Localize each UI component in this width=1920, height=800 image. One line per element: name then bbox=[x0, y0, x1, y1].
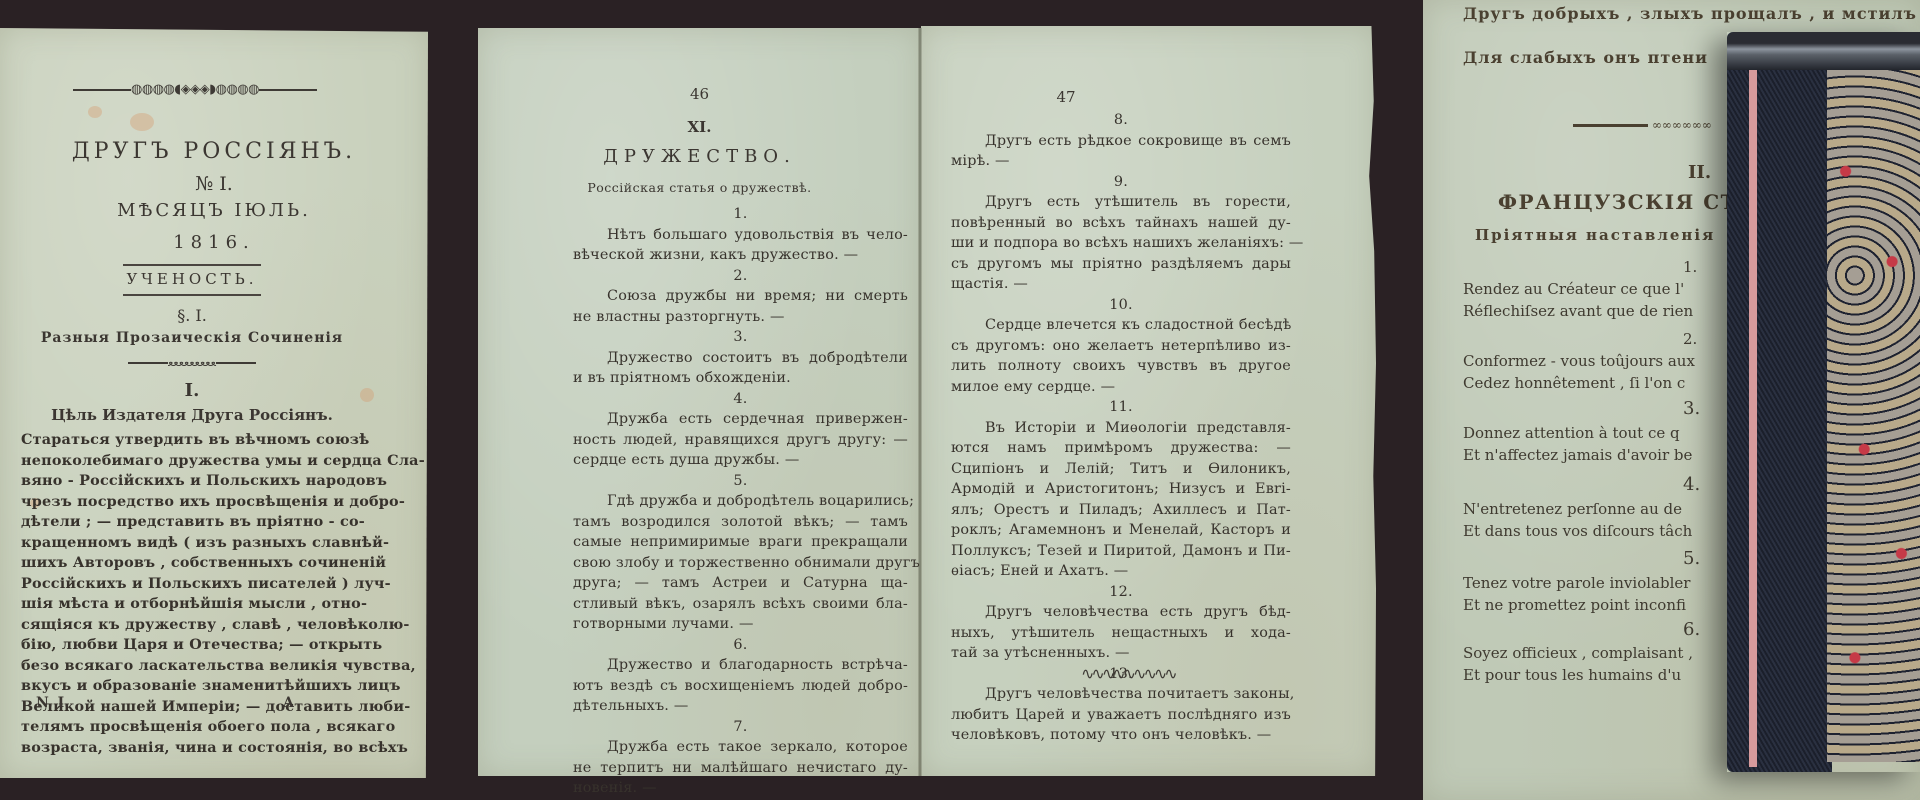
verse-top-line: Для слабыхъ онъ птени bbox=[1463, 48, 1708, 67]
item-line: свою злобу и торжественно обнимали другъ bbox=[573, 553, 908, 574]
verse-number: 3. bbox=[1463, 395, 1763, 423]
book-spine-cloth bbox=[1727, 32, 1832, 772]
page-number: 46 bbox=[478, 85, 921, 103]
verse-line: Cedez honnêtement , ſi l'on c bbox=[1463, 373, 1763, 395]
item-line: ность людей, нравящихся другъ другу: — bbox=[573, 430, 908, 451]
book-spine-gutter bbox=[918, 28, 922, 776]
french-verses: 1. Rendez au Créateur ce que l' Réflechi… bbox=[1463, 255, 1763, 687]
item-line: вѣческой жизни, какъ дружество. — bbox=[573, 245, 908, 266]
body-line: сящіяся къ дружеству , славѣ , человѣкол… bbox=[21, 615, 361, 636]
item-line: милое ему сердце. — bbox=[951, 377, 1291, 398]
body-line: шихъ Авторовъ , собственныхъ сочиненій bbox=[21, 553, 361, 574]
item-line: сердце есть душа дружбы. — bbox=[573, 450, 908, 471]
item-line: Другъ человѣчества почитаетъ законы, bbox=[951, 684, 1291, 705]
chapter-title: ДРУЖЕСТВО. bbox=[478, 146, 921, 167]
book-pink-edge bbox=[1749, 67, 1757, 767]
end-ornament: ∿∿∿∿∿∿∿∿∿ bbox=[1081, 664, 1175, 683]
item-line: и въ пріятномъ обхожденіи. bbox=[573, 368, 908, 389]
body-line: непоколебимаго дружества умы и сердца Сл… bbox=[21, 451, 361, 472]
body-line: Россійскихъ и Польскихъ писателей ) луч- bbox=[21, 574, 361, 595]
item-number: 2. bbox=[573, 266, 908, 287]
section-heading: УЧЕНОСТЬ. bbox=[0, 270, 384, 288]
item-number: 8. bbox=[951, 110, 1291, 131]
item-line: Въ Исторіи и Миѳологіи представля- bbox=[951, 418, 1291, 439]
item-line: съ другомъ: оно желаетъ нетерпѣливо из- bbox=[951, 336, 1291, 357]
item-line: самые непримиримые враги прекращали bbox=[573, 532, 908, 553]
spread-left-page: 46 XI. ДРУЖЕСТВО. Россійская статья о др… bbox=[478, 28, 921, 776]
foxing-spot bbox=[130, 113, 154, 131]
page-number: 47 bbox=[921, 88, 1211, 106]
verse-number: 2. bbox=[1463, 323, 1763, 351]
chapter-number: XI. bbox=[478, 118, 921, 136]
verse-line: Réflechiſsez avant que de rien bbox=[1463, 301, 1763, 323]
item-line: любитъ Царей и уважаетъ послѣдняго изъ bbox=[951, 705, 1291, 726]
item-line: стливый вѣкъ, озарялъ всѣхъ своими бла- bbox=[573, 594, 908, 615]
items-column: 8. Другъ есть рѣдкое сокровище въ семъ м… bbox=[951, 110, 1291, 746]
body-line: возраста, званія, чина и состоянія, во в… bbox=[21, 738, 361, 759]
verse-line: Rendez au Créateur ce que l' bbox=[1463, 279, 1763, 301]
items-column: 1. Нѣтъ большаго удовольствія въ чело- в… bbox=[573, 204, 908, 799]
item-line: дѣтельныхъ. — bbox=[573, 696, 908, 717]
item-number: 3. bbox=[573, 327, 908, 348]
item-line: готворными лучами. — bbox=[573, 614, 908, 635]
foxing-spot bbox=[88, 106, 102, 118]
section-subtitle: Пріятныя наставленія bbox=[1475, 226, 1715, 244]
body-line: бію, любви Царя и Отечества; — открыть bbox=[21, 635, 361, 656]
section-rule-top bbox=[123, 264, 261, 266]
book-marbled-board bbox=[1827, 67, 1920, 762]
item-line: новенія. — bbox=[573, 778, 908, 799]
signature-mark: N. I. bbox=[36, 695, 69, 711]
item-line: Дружество и благодарность встрѣча- bbox=[573, 655, 908, 676]
item-line: не властны разторгнуть. — bbox=[573, 307, 908, 328]
verse-line: Et dans tous vos diſcours tâch bbox=[1463, 521, 1763, 543]
bound-book-corner bbox=[1727, 32, 1920, 772]
body-line: Великой нашей Имперіи; — доставить люби- bbox=[21, 697, 361, 718]
item-line: повѣренный во всѣхъ тайнахъ нашей ду- bbox=[951, 213, 1291, 234]
article-number: I. bbox=[0, 380, 384, 401]
paragraph-mark: §. I. bbox=[0, 306, 384, 325]
chapter-subtitle: Россійская статья о дружествѣ. bbox=[478, 180, 921, 195]
item-line: ши и подпора во всѣхъ нашихъ желаніяхъ: … bbox=[951, 233, 1291, 254]
verse-number: 6. bbox=[1463, 617, 1763, 643]
item-line: не терпитъ ни малѣйшаго нечистаго ду- bbox=[573, 758, 908, 779]
item-number: 1. bbox=[573, 204, 908, 225]
body-line: дѣтели ; — представить въ пріятно - со- bbox=[21, 512, 361, 533]
spread-right-page: 47 8. Другъ есть рѣдкое сокровище въ сем… bbox=[921, 26, 1376, 776]
item-line: Союза дружбы ни время; ни смерть bbox=[573, 286, 908, 307]
body-line: Стараться утвердить въ вѣчномъ союзѣ bbox=[21, 430, 361, 451]
item-line: Другъ есть утѣшитель въ горести, bbox=[951, 192, 1291, 213]
item-line: человѣковъ, потому что онъ человѣкъ. — bbox=[951, 725, 1291, 746]
item-line: ѳіасъ; Еней и Ахатъ. — bbox=[951, 561, 1291, 582]
title-page: ◍◍◍◍◖◈◈◈◗◍◍◍◍ ДРУГЪ РОССІЯНЪ. № I. МѢСЯЦ… bbox=[0, 28, 428, 778]
section-rule-bottom bbox=[123, 294, 261, 296]
item-line: съ другомъ мы пріятно раздѣляемъ дары bbox=[951, 254, 1291, 275]
body-line: безо всякаго ласкательства великія чувст… bbox=[21, 656, 361, 677]
section-title: ФРАНЦУЗСКІЯ СТИ bbox=[1498, 190, 1757, 214]
item-line: роклъ; Агамемнонъ и Менелай, Касторъ и bbox=[951, 520, 1291, 541]
item-line: друга; — тамъ Астреи и Сатурна ща- bbox=[573, 573, 908, 594]
item-line: Армодій и Аристогитонъ; Низусъ и Евrі- bbox=[951, 479, 1291, 500]
item-line: Нѣтъ большаго удовольствія въ чело- bbox=[573, 225, 908, 246]
item-line: Сципіонъ и Лелій; Титъ и Ѳилоникъ, bbox=[951, 459, 1291, 480]
item-line: тай за утѣсненныхъ. — bbox=[951, 643, 1291, 664]
item-line: лить полноту своихъ чувствъ въ другое bbox=[951, 356, 1291, 377]
book-top-edge bbox=[1727, 32, 1920, 70]
verse-line: Donnez attention à tout ce q bbox=[1463, 423, 1763, 445]
verse-line: Et ne promettez point inconfi bbox=[1463, 595, 1763, 617]
verse-line: Tenez votre parole inviolabler bbox=[1463, 573, 1763, 595]
item-line: ныхъ, утѣшитель нещастныхъ и хода- bbox=[951, 623, 1291, 644]
body-line: кращенномъ видѣ ( изъ разныхъ славнѣй- bbox=[21, 533, 361, 554]
article-body: Стараться утвердить въ вѣчномъ союзѣ неп… bbox=[21, 430, 361, 758]
divider-rope: ∞∞∞∞∞∞ bbox=[1573, 118, 1712, 132]
item-number: 6. bbox=[573, 635, 908, 656]
issue-month: МѢСЯЦЪ ІЮЛЬ. bbox=[0, 200, 428, 221]
body-line: телямъ просвѣщенія обоего пола , всякаго bbox=[21, 717, 361, 738]
verse-top-line: Другъ добрыхъ , злыхъ прощалъ , и мстилъ bbox=[1463, 4, 1917, 23]
item-number: 9. bbox=[951, 172, 1291, 193]
verse-line: Soyez officieux , complaisant , bbox=[1463, 643, 1763, 665]
body-line: вяно - Россійскихъ и Польскихъ народовъ bbox=[21, 471, 361, 492]
journal-title: ДРУГЪ РОССІЯНЪ. bbox=[0, 139, 428, 164]
item-line: Дружба есть сердечная привержен- bbox=[573, 409, 908, 430]
item-line: мірѣ. — bbox=[951, 151, 1291, 172]
issue-number: № I. bbox=[0, 173, 428, 195]
body-line: чрезъ посредство ихъ просвѣщенія и добро… bbox=[21, 492, 361, 513]
issue-year: 1816. bbox=[0, 232, 428, 253]
item-number: 4. bbox=[573, 389, 908, 410]
subsection-title: Разныя Прозаическія Сочиненія bbox=[0, 330, 384, 346]
item-line: Дружба есть такое зеркало, которое bbox=[573, 737, 908, 758]
item-number: 12. bbox=[951, 582, 1291, 603]
item-line: тамъ возродился золотой вѣкъ; — тамъ bbox=[573, 512, 908, 533]
item-number: 11. bbox=[951, 397, 1291, 418]
verse-line: Conformez - vous toûjours aux bbox=[1463, 351, 1763, 373]
item-line: Другъ человѣчества есть другъ бѣд- bbox=[951, 602, 1291, 623]
item-line: ялъ; Орестъ и Пиладъ; Ахиллесъ и Пат- bbox=[951, 500, 1291, 521]
body-line: вкусъ и образованіе знаменитѣйшихъ лицъ bbox=[21, 676, 361, 697]
article-title: Цѣль Издателя Друга Россіянъ. bbox=[0, 406, 384, 424]
item-number: 7. bbox=[573, 717, 908, 738]
verse-line: N'entretenez perſonne au de bbox=[1463, 499, 1763, 521]
item-number: 10. bbox=[951, 295, 1291, 316]
item-line: Другъ есть рѣдкое сокровище въ семъ bbox=[951, 131, 1291, 152]
body-line: шія мѣста и отборнѣйшія мысли , отно- bbox=[21, 594, 361, 615]
item-line: ются намъ примѣромъ дружества: — bbox=[951, 438, 1291, 459]
gathering-letter: A bbox=[283, 695, 294, 711]
item-line: Поллуксъ; Тезей и Пиритой, Дамонъ и Пи- bbox=[951, 541, 1291, 562]
item-line: Гдѣ дружба и добродѣтель воцарились; bbox=[573, 491, 908, 512]
verse-number: 1. bbox=[1463, 255, 1763, 279]
item-line: Сердце влечется къ сладостной бесѣдѣ bbox=[951, 315, 1291, 336]
item-line: Дружество состоитъ въ добродѣтели bbox=[573, 348, 908, 369]
ornament-header: ◍◍◍◍◖◈◈◈◗◍◍◍◍ bbox=[36, 82, 354, 97]
verse-line: Et pour tous les humains d'u bbox=[1463, 665, 1763, 687]
section-number: II. bbox=[1688, 162, 1711, 183]
item-number: 5. bbox=[573, 471, 908, 492]
verse-number: 5. bbox=[1463, 543, 1763, 573]
verse-line: Et n'affectez jamais d'avoir be bbox=[1463, 445, 1763, 467]
item-line: щастія. — bbox=[951, 274, 1291, 295]
item-line: ютъ вездѣ съ восхищеніемъ людей добро- bbox=[573, 676, 908, 697]
divider-rope: ﻌﻌﻌﻌﻌﻌﻌﻌﻌ bbox=[100, 356, 284, 369]
verse-number: 4. bbox=[1463, 467, 1763, 499]
